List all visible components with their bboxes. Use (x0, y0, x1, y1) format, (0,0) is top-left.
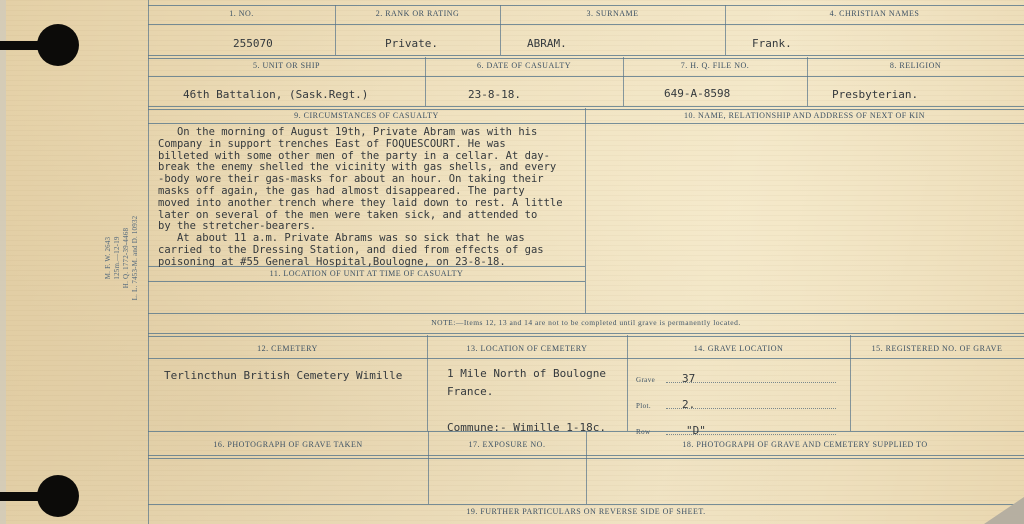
field-label-rank: 2. RANK OR RATING (335, 9, 500, 18)
field-value-no: 255070 (233, 37, 273, 50)
plot-row: Plot. 2. (634, 394, 844, 412)
scan-left-edge (0, 0, 6, 524)
divider (148, 55, 1024, 56)
grave-number-row: Grave 37 (634, 368, 844, 386)
field-label-location-of-unit: 11. LOCATION OF UNIT AT TIME OF CASUALTY (148, 269, 585, 278)
punch-hole-bottom (37, 475, 79, 517)
further-particulars-note: 19. FURTHER PARTICULARS ON REVERSE SIDE … (148, 507, 1024, 516)
field-label-registered-no: 15. REGISTERED NO. OF GRAVE (850, 344, 1024, 353)
field-value-location-of-cemetery: 1 Mile North of BoulogneFrance.Commune:-… (447, 365, 622, 437)
field-label-cemetery: 12. CEMETERY (148, 344, 427, 353)
divider (585, 108, 586, 313)
field-value-rank: Private. (385, 37, 438, 50)
field-label-surname: 3. SURNAME (500, 9, 725, 18)
field-label-photograph-supplied-to: 18. PHOTOGRAPH OF GRAVE AND CEMETERY SUP… (586, 440, 1024, 449)
field-label-grave-location: 14. GRAVE LOCATION (627, 344, 850, 353)
divider (148, 333, 1024, 334)
field-label-exposure-no: 17. EXPOSURE NO. (428, 440, 586, 449)
field-value-hq-file-no: 649-A-8598 (664, 87, 730, 100)
divider (148, 313, 1024, 314)
field-label-religion: 8. RELIGION (807, 61, 1024, 70)
field-value-circumstances: On the morning of August 19th, Private A… (158, 127, 582, 269)
row-letter-row: Row "D" (634, 420, 844, 438)
grave-number-value: 37 (682, 372, 695, 385)
row-letter-value: "D" (686, 424, 706, 437)
divider (148, 106, 1024, 107)
form-reference-stamp: M. F. W. 2643125m.—12-19H. Q. 1772-39-44… (102, 213, 142, 303)
divider (148, 76, 1024, 77)
field-label-date-of-casualty: 6. DATE OF CASUALTY (425, 61, 623, 70)
field-label-unit: 5. UNIT OR SHIP (148, 61, 425, 70)
divider (148, 123, 1024, 124)
field-value-surname: ABRAM. (527, 37, 567, 50)
divider (148, 504, 1024, 505)
field-label-location-of-cemetery: 13. LOCATION OF CEMETERY (427, 344, 627, 353)
field-label-next-of-kin: 10. NAME, RELATIONSHIP AND ADDRESS OF NE… (585, 111, 1024, 120)
field-value-date-of-casualty: 23-8-18. (468, 88, 521, 101)
punch-hole-top (37, 24, 79, 66)
divider (148, 336, 1024, 337)
field-value-religion: Presbyterian. (832, 88, 918, 101)
field-value-cemetery: Terlincthun British Cemetery Wimille (164, 369, 402, 382)
field-value-christian-names: Frank. (752, 37, 792, 50)
divider (148, 5, 1024, 6)
divider (148, 24, 1024, 25)
field-label-hq-file-no: 7. H. Q. FILE NO. (623, 61, 807, 70)
field-label-christian-names: 4. CHRISTIAN NAMES (725, 9, 1024, 18)
grave-items-note: NOTE:—Items 12, 13 and 14 are not to be … (148, 318, 1024, 327)
plot-label: Plot. (636, 402, 651, 410)
divider (148, 358, 1024, 359)
divider (148, 109, 1024, 110)
field-label-photograph-taken: 16. PHOTOGRAPH OF GRAVE TAKEN (148, 440, 428, 449)
casualty-record-card: M. F. W. 2643125m.—12-19H. Q. 1772-39-44… (0, 0, 1024, 524)
grave-label: Grave (636, 376, 655, 384)
field-label-circumstances: 9. CIRCUMSTANCES OF CASUALTY (148, 111, 585, 120)
plot-value: 2. (682, 398, 695, 411)
divider (148, 58, 1024, 59)
field-label-no: 1. NO. (148, 9, 335, 18)
field-value-unit: 46th Battalion, (Sask.Regt.) (183, 88, 368, 101)
divider (148, 281, 585, 282)
row-label: Row (636, 428, 650, 436)
